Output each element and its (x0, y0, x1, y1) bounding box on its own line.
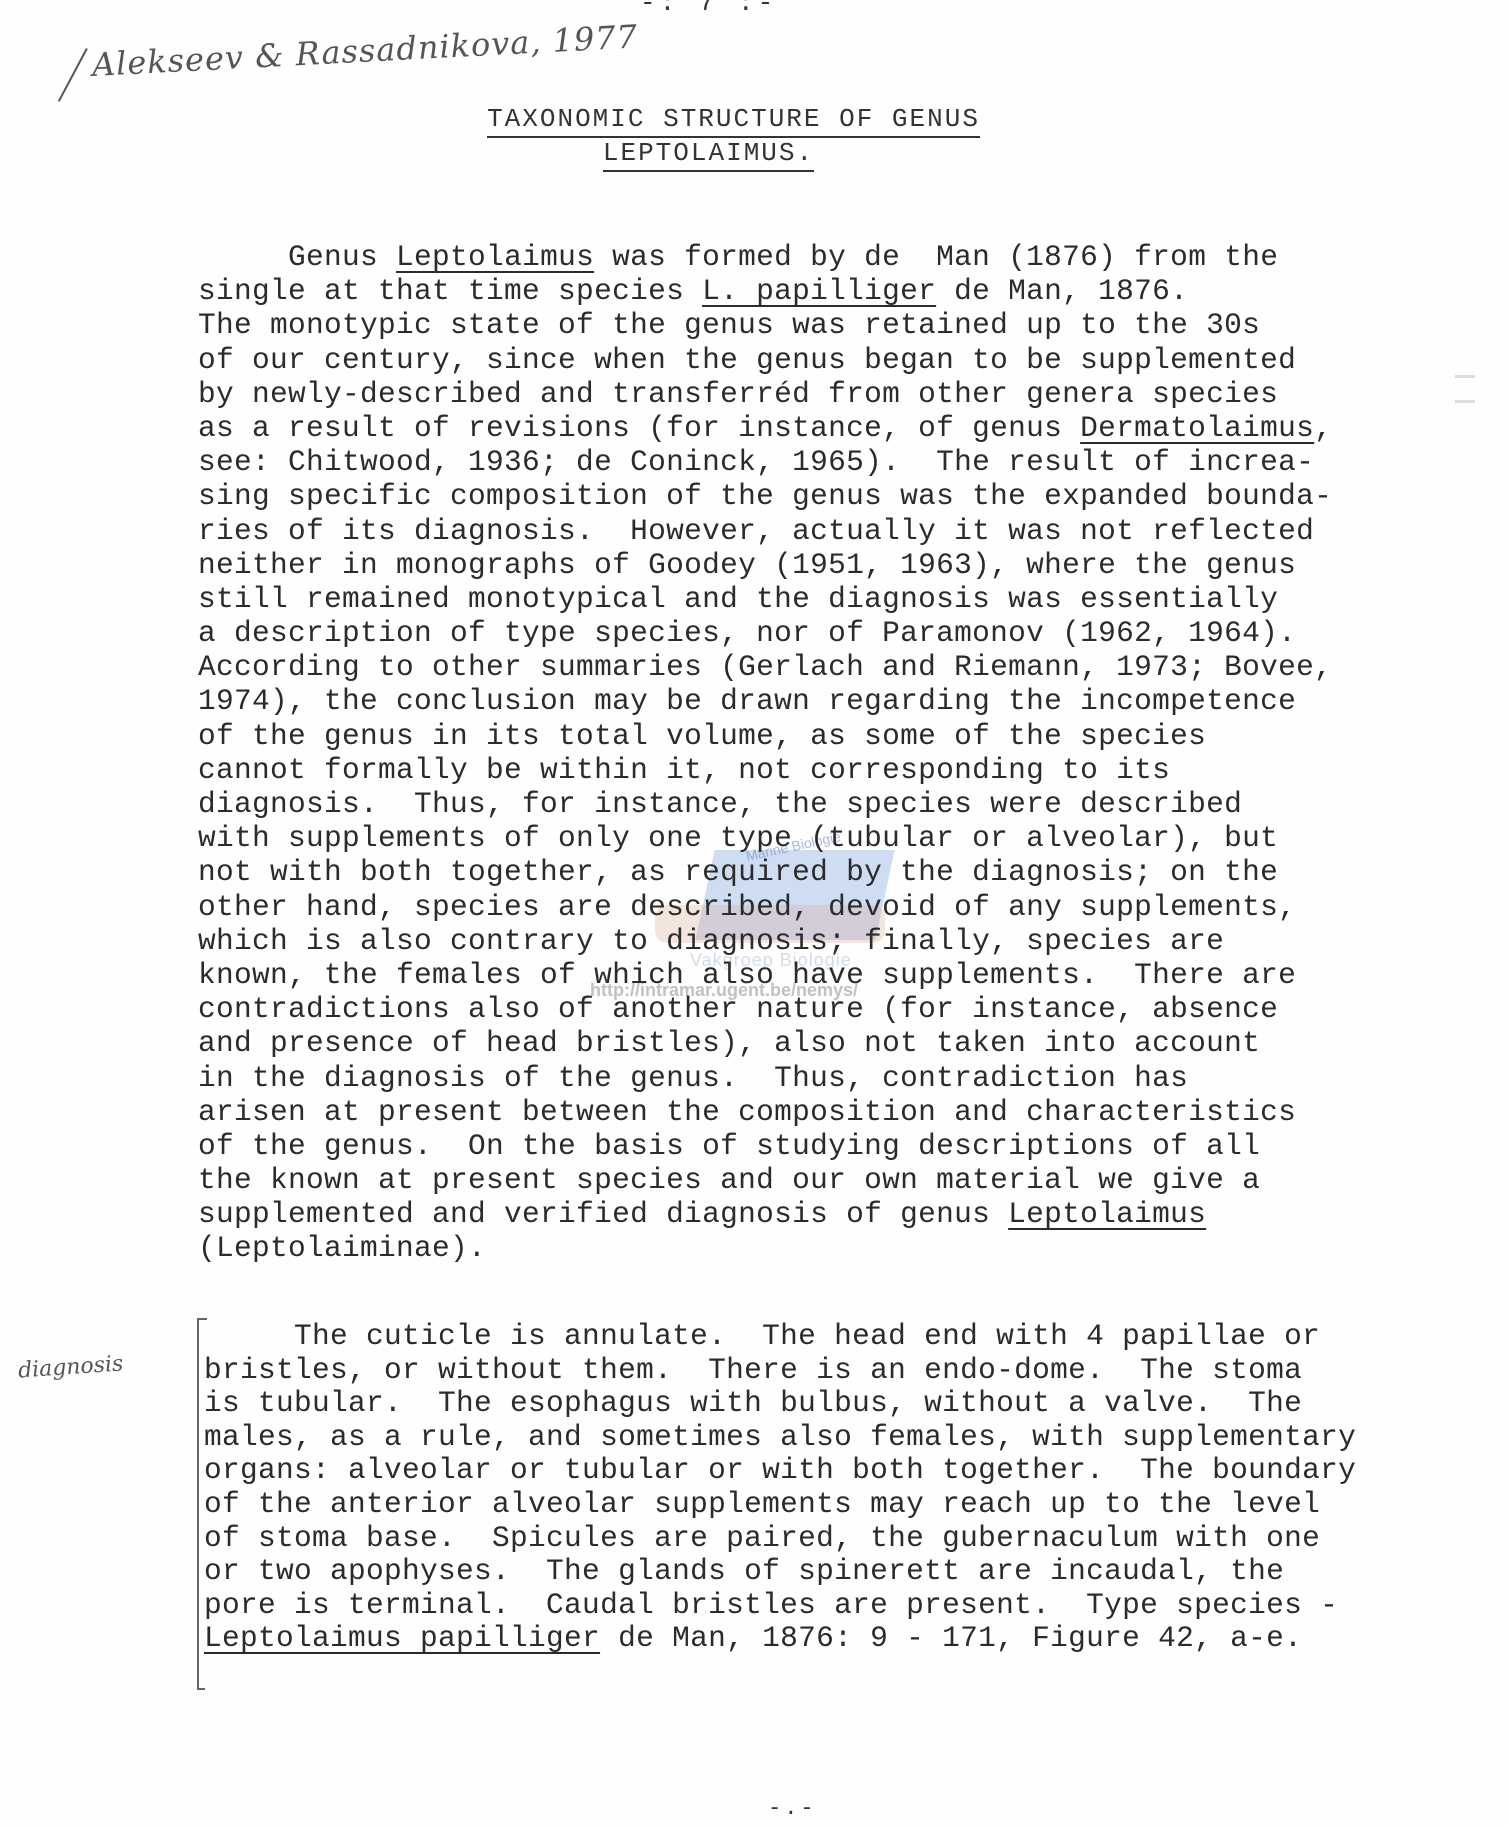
text-line: as a result of revisions (for instance, … (198, 411, 1428, 445)
text-segment: cannot formally be within it, not corres… (198, 753, 1170, 787)
text-segment: by newly-described and transferréd from … (198, 377, 1278, 411)
text-line: see: Chitwood, 1936; de Coninck, 1965). … (198, 445, 1428, 479)
handwritten-stroke (58, 48, 88, 102)
page-number-bottom: -.- (768, 1796, 817, 1821)
text-segment: in the diagnosis of the genus. Thus, con… (198, 1061, 1188, 1095)
text-segment: Genus (198, 240, 396, 274)
underlined-taxon-name: L. papilliger (702, 274, 936, 308)
text-line: 1974), the conclusion may be drawn regar… (198, 684, 1428, 718)
text-segment: (Leptolaiminae). (198, 1231, 486, 1265)
text-line: contradictions also of another nature (f… (198, 992, 1428, 1026)
diagnosis-bracket-block: The cuticle is annulate. The head end wi… (197, 1318, 1439, 1690)
text-line: arisen at present between the compositio… (198, 1095, 1428, 1129)
document-title-line-2: LEPTOLAIMUS. (0, 138, 1509, 172)
text-line: ries of its diagnosis. However, actually… (198, 514, 1428, 548)
text-segment: was formed by de Man (1876) from the (594, 240, 1278, 274)
text-line: in the diagnosis of the genus. Thus, con… (198, 1061, 1428, 1095)
text-line: with supplements of only one type (tubul… (198, 821, 1428, 855)
text-line: Genus Leptolaimus was formed by de Man (… (198, 240, 1428, 274)
text-segment: of our century, since when the genus beg… (198, 343, 1296, 377)
text-line: is tubular. The esophagus with bulbus, w… (204, 1387, 1356, 1421)
text-segment: sing specific composition of the genus w… (198, 479, 1332, 513)
text-segment: bristles, or without them. There is an e… (204, 1353, 1302, 1387)
text-segment: and presence of head bristles), also not… (198, 1026, 1260, 1060)
handwritten-margin-note: diagnosis (17, 1351, 124, 1383)
text-line: (Leptolaiminae). (198, 1231, 1428, 1265)
text-segment: of stoma base. Spicules are paired, the … (204, 1521, 1320, 1555)
text-segment: males, as a rule, and sometimes also fem… (204, 1420, 1356, 1454)
text-line: cannot formally be within it, not corres… (198, 753, 1428, 787)
text-line: The cuticle is annulate. The head end wi… (204, 1320, 1356, 1354)
text-line: of stoma base. Spicules are paired, the … (204, 1522, 1356, 1556)
title-text-1: TAXONOMIC STRUCTURE OF GENUS (487, 104, 980, 138)
text-segment: single at that time species (198, 274, 702, 308)
text-segment: as a result of revisions (for instance, … (198, 411, 1080, 445)
text-segment: known, the females of which also have su… (198, 958, 1296, 992)
text-segment: of the genus in its total volume, as som… (198, 719, 1206, 753)
text-segment: According to other summaries (Gerlach an… (198, 650, 1332, 684)
text-line: of the anterior alveolar supplements may… (204, 1488, 1356, 1522)
text-segment: of the anterior alveolar supplements may… (204, 1487, 1320, 1521)
text-segment: , (1314, 411, 1332, 445)
margin-marks (1455, 375, 1475, 425)
text-segment: The monotypic state of the genus was ret… (198, 308, 1260, 342)
underlined-taxon-name: Dermatolaimus (1080, 411, 1314, 445)
text-line: pore is terminal. Caudal bristles are pr… (204, 1589, 1356, 1623)
text-segment: with supplements of only one type (tubul… (198, 821, 1278, 855)
document-page: -: 7 :- Alekseev & Rassadnikova, 1977 TA… (0, 0, 1509, 1826)
title-text-2: LEPTOLAIMUS. (603, 138, 814, 172)
text-line: The monotypic state of the genus was ret… (198, 308, 1428, 342)
text-segment: neither in monographs of Goodey (1951, 1… (198, 548, 1296, 582)
text-line: Leptolaimus papilliger de Man, 1876: 9 -… (204, 1622, 1356, 1656)
text-segment: not with both together, as required by t… (198, 855, 1278, 889)
text-segment: diagnosis. Thus, for instance, the speci… (198, 787, 1242, 821)
page-number-top: -: 7 :- (640, 0, 777, 18)
text-segment: de Man, 1876: 9 - 171, Figure 42, a-e. (600, 1621, 1302, 1655)
text-line: organs: alveolar or tubular or with both… (204, 1454, 1356, 1488)
margin-mark (1455, 400, 1475, 403)
text-segment: see: Chitwood, 1936; de Coninck, 1965). … (198, 445, 1314, 479)
text-segment: is tubular. The esophagus with bulbus, w… (204, 1386, 1302, 1420)
text-segment: of the genus. On the basis of studying d… (198, 1129, 1260, 1163)
text-segment: other hand, species are described, devoi… (198, 890, 1296, 924)
text-line: bristles, or without them. There is an e… (204, 1354, 1356, 1388)
text-segment: still remained monotypical and the diagn… (198, 582, 1278, 616)
text-segment: The cuticle is annulate. The head end wi… (204, 1319, 1320, 1353)
underlined-taxon-name: Leptolaimus papilliger (204, 1621, 600, 1655)
text-line: and presence of head bristles), also not… (198, 1026, 1428, 1060)
text-segment: ries of its diagnosis. However, actually… (198, 514, 1314, 548)
text-segment: which is also contrary to diagnosis; fin… (198, 924, 1224, 958)
text-line: still remained monotypical and the diagn… (198, 582, 1428, 616)
text-line: sing specific composition of the genus w… (198, 479, 1428, 513)
text-line: the known at present species and our own… (198, 1163, 1428, 1197)
document-title-line-1: TAXONOMIC STRUCTURE OF GENUS (0, 104, 1509, 138)
text-line: diagnosis. Thus, for instance, the speci… (198, 787, 1428, 821)
text-segment: supplemented and verified diagnosis of g… (198, 1197, 1008, 1231)
text-segment: 1974), the conclusion may be drawn regar… (198, 684, 1296, 718)
text-line: known, the females of which also have su… (198, 958, 1428, 992)
text-line: which is also contrary to diagnosis; fin… (198, 924, 1428, 958)
text-segment: contradictions also of another nature (f… (198, 992, 1278, 1026)
text-line: not with both together, as required by t… (198, 855, 1428, 889)
underlined-taxon-name: Leptolaimus (396, 240, 594, 274)
text-line: of our century, since when the genus beg… (198, 343, 1428, 377)
text-line: a description of type species, nor of Pa… (198, 616, 1428, 650)
text-segment: arisen at present between the compositio… (198, 1095, 1296, 1129)
text-segment: or two apophyses. The glands of spineret… (204, 1554, 1284, 1588)
text-segment: the known at present species and our own… (198, 1163, 1260, 1197)
text-line: by newly-described and transferréd from … (198, 377, 1428, 411)
margin-mark (1455, 375, 1475, 378)
text-line: of the genus in its total volume, as som… (198, 719, 1428, 753)
text-line: or two apophyses. The glands of spineret… (204, 1555, 1356, 1589)
text-line: supplemented and verified diagnosis of g… (198, 1197, 1428, 1231)
intro-paragraph: Genus Leptolaimus was formed by de Man (… (198, 240, 1428, 1266)
diagnosis-paragraph: The cuticle is annulate. The head end wi… (204, 1320, 1356, 1656)
text-line: neither in monographs of Goodey (1951, 1… (198, 548, 1428, 582)
handwritten-author-citation: Alekseev & Rassadnikova, 1977 (91, 17, 639, 84)
text-line: single at that time species L. papillige… (198, 274, 1428, 308)
underlined-taxon-name: Leptolaimus (1008, 1197, 1206, 1231)
text-segment: organs: alveolar or tubular or with both… (204, 1453, 1356, 1487)
text-segment: pore is terminal. Caudal bristles are pr… (204, 1588, 1338, 1622)
text-segment: de Man, 1876. (936, 274, 1188, 308)
text-line: According to other summaries (Gerlach an… (198, 650, 1428, 684)
text-line: males, as a rule, and sometimes also fem… (204, 1421, 1356, 1455)
text-line: other hand, species are described, devoi… (198, 890, 1428, 924)
text-line: of the genus. On the basis of studying d… (198, 1129, 1428, 1163)
text-segment: a description of type species, nor of Pa… (198, 616, 1296, 650)
